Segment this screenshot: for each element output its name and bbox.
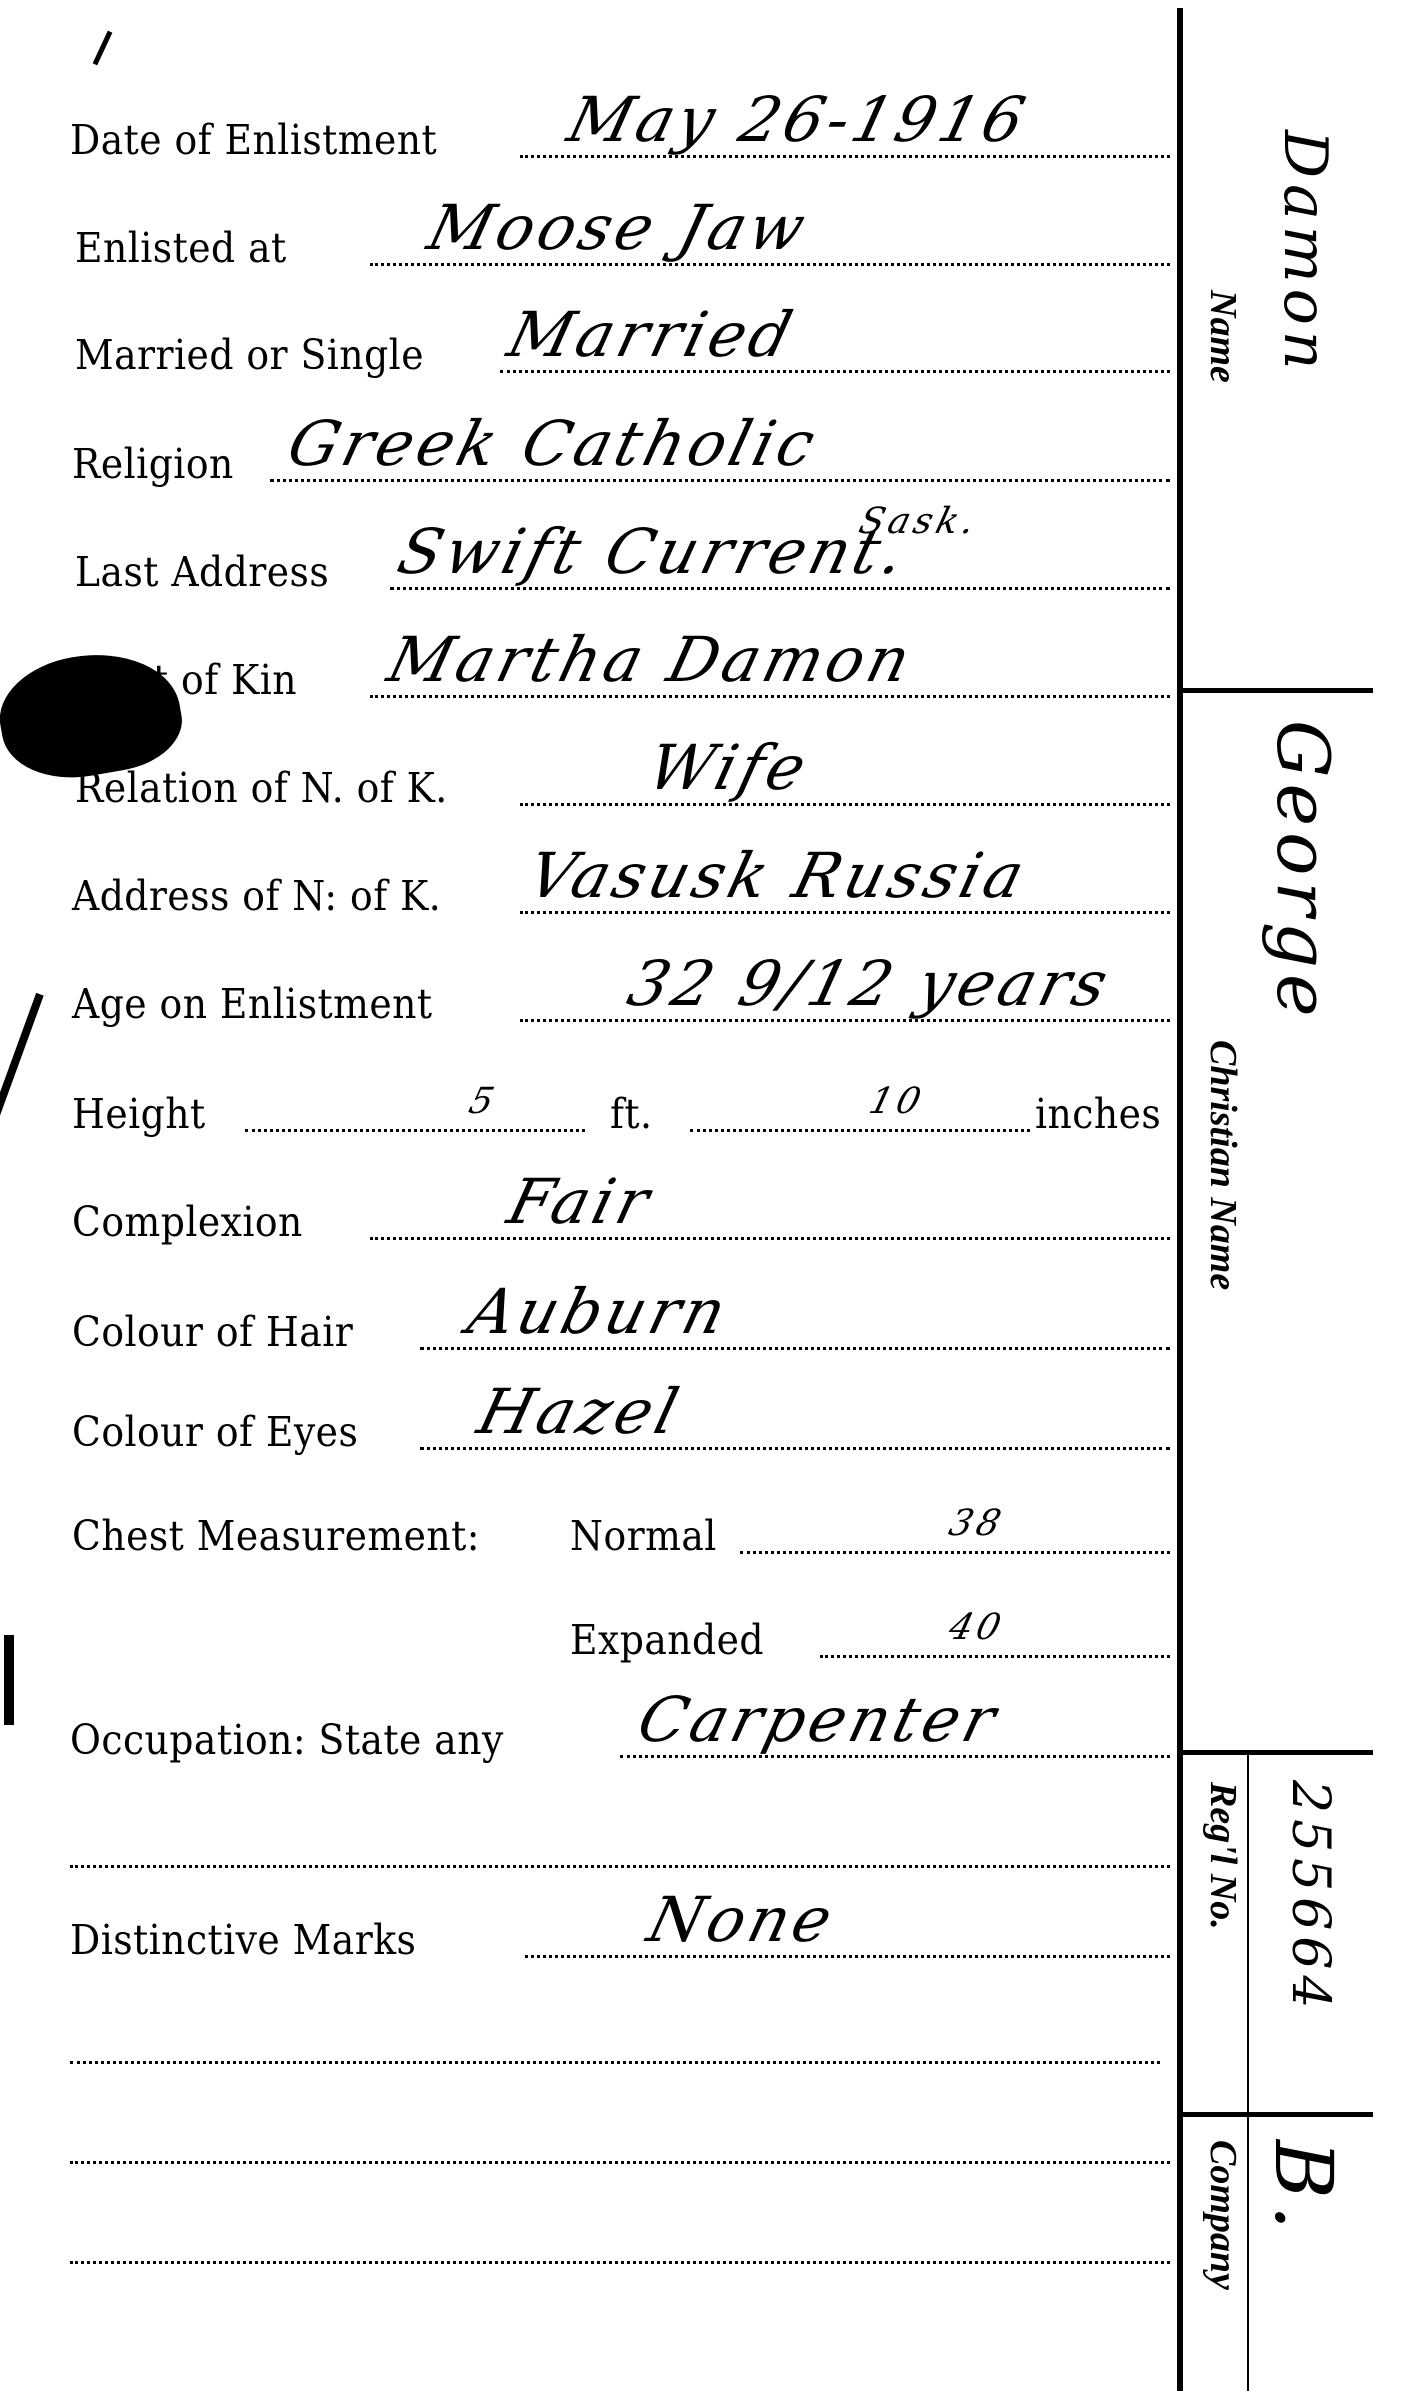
field-complexion: Complexion Fair (70, 1172, 1170, 1252)
dotted-line (525, 1955, 1170, 1958)
blank-line-2 (70, 2096, 1170, 2176)
dotted-line (690, 1129, 1030, 1132)
field-label: Complexion (72, 1198, 303, 1246)
height-inches-unit: inches (1035, 1090, 1161, 1138)
field-value[interactable]: Vasusk Russia (521, 839, 1035, 912)
field-value[interactable]: Martha Damon (381, 623, 922, 696)
height-feet-value[interactable]: 5 (465, 1081, 502, 1122)
dotted-line (245, 1129, 585, 1132)
field-value[interactable]: Carpenter (631, 1683, 1007, 1756)
field-label: Date of Enlistment (70, 116, 437, 164)
dotted-line (740, 1551, 1170, 1554)
field-label: Height (72, 1090, 206, 1138)
sidebar-company-value[interactable]: B. (1257, 2140, 1350, 2236)
field-value[interactable]: None (641, 1883, 843, 1956)
field-occupation: Occupation: State any Carpenter (70, 1690, 1170, 1770)
field-label: Next of Kin (75, 656, 297, 704)
height-inches-value[interactable]: 10 (865, 1081, 929, 1122)
dotted-line (820, 1655, 1170, 1658)
ink-bar-left (4, 1635, 14, 1725)
sidebar-regl-no-value[interactable]: 255664 (1280, 1780, 1340, 2015)
ink-tick-top (93, 31, 113, 66)
field-next-of-kin: Next of Kin Martha Damon (70, 630, 1170, 710)
field-colour-of-eyes: Colour of Eyes Hazel (70, 1382, 1170, 1462)
dotted-line[interactable] (70, 2061, 1160, 2064)
field-value[interactable]: Moose Jaw (421, 191, 816, 264)
field-label: Married or Single (75, 331, 424, 379)
sidebar-regl-no-label: Reg'l No. (1201, 1782, 1245, 1930)
field-address-of-nok: Address of N: of K. Vasusk Russia (70, 846, 1170, 926)
field-chest-normal: Chest Measurement: Normal 38 (70, 1486, 1170, 1566)
sidebar-divider-christian (1183, 1750, 1373, 1755)
field-value[interactable]: 38 (945, 1503, 1009, 1544)
field-distinctive-marks: Distinctive Marks None (70, 1890, 1170, 1970)
field-value[interactable]: Hazel (471, 1375, 689, 1448)
field-height: Height 5 ft. 10 inches (70, 1064, 1170, 1144)
field-label: Distinctive Marks (70, 1916, 416, 1964)
field-value[interactable]: Wife (641, 731, 817, 804)
blank-line-1 (70, 1996, 1170, 2076)
field-value[interactable]: 32 9/12 years (621, 947, 1119, 1020)
field-age-on-enlistment: Age on Enlistment 32 9/12 years (70, 954, 1170, 1034)
field-label: Relation of N. of K. (75, 764, 448, 812)
field-label: Expanded (570, 1616, 764, 1664)
field-value[interactable]: Swift Current. (391, 515, 916, 588)
field-label: Colour of Hair (72, 1308, 353, 1356)
field-label: Colour of Eyes (72, 1408, 358, 1456)
sidebar-divider-regl (1183, 2112, 1373, 2117)
field-label: Chest Measurement: (72, 1512, 480, 1560)
field-label: Enlisted at (75, 224, 287, 272)
sidebar-christian-name-value[interactable]: George (1261, 720, 1345, 1023)
field-last-address: Last Address Swift Current. Sask. (70, 522, 1170, 602)
field-chest-expanded: Expanded 40 (70, 1590, 1170, 1670)
dotted-line[interactable] (70, 2161, 1170, 2164)
field-married-or-single: Married or Single Married (70, 305, 1170, 385)
sidebar-christian-name-label: Christian Name (1201, 1040, 1245, 1290)
dotted-line[interactable] (70, 2261, 1170, 2264)
field-colour-of-hair: Colour of Hair Auburn (70, 1282, 1170, 1362)
field-label: Address of N: of K. (72, 872, 441, 920)
field-label: Religion (72, 440, 234, 488)
field-annotation: Sask. (855, 501, 983, 542)
sidebar-name-label: Name (1201, 290, 1245, 383)
field-religion: Religion Greek Catholic (70, 414, 1170, 494)
height-feet-unit: ft. (610, 1090, 652, 1138)
field-label: Last Address (75, 548, 329, 596)
sidebar-company-label: Company (1201, 2140, 1245, 2290)
field-date-of-enlistment: Date of Enlistment May 26-1916 (70, 90, 1170, 170)
sidebar-inner-rule-top (1247, 693, 1249, 695)
field-value[interactable]: Greek Catholic (281, 407, 826, 480)
field-value[interactable]: May 26-1916 (561, 83, 1036, 156)
sidebar-inner-rule-company (1247, 2117, 1249, 2391)
field-value[interactable]: Auburn (461, 1275, 737, 1348)
sidebar-name-value[interactable]: Damon (1270, 130, 1340, 376)
field-label: Occupation: State any (70, 1716, 504, 1764)
main-vertical-rule (1177, 8, 1183, 2391)
field-label: Age on Enlistment (72, 980, 433, 1028)
blank-line-3 (70, 2196, 1170, 2276)
field-value[interactable]: 40 (945, 1607, 1009, 1648)
dotted-line (520, 803, 1170, 806)
field-value[interactable]: Married (501, 298, 803, 371)
dotted-line[interactable] (70, 1865, 1170, 1868)
sidebar-inner-rule-regl (1247, 1755, 1249, 2112)
field-relation-of-nok: Relation of N. of K. Wife (70, 738, 1170, 818)
field-enlisted-at: Enlisted at Moose Jaw (70, 198, 1170, 278)
field-occupation-continued (70, 1800, 1170, 1880)
field-value[interactable]: Fair (501, 1165, 660, 1238)
sidebar-divider-name (1183, 688, 1373, 693)
ink-stroke-left (0, 993, 44, 1127)
dotted-line (370, 1237, 1170, 1240)
field-sublabel: Normal (570, 1512, 717, 1560)
